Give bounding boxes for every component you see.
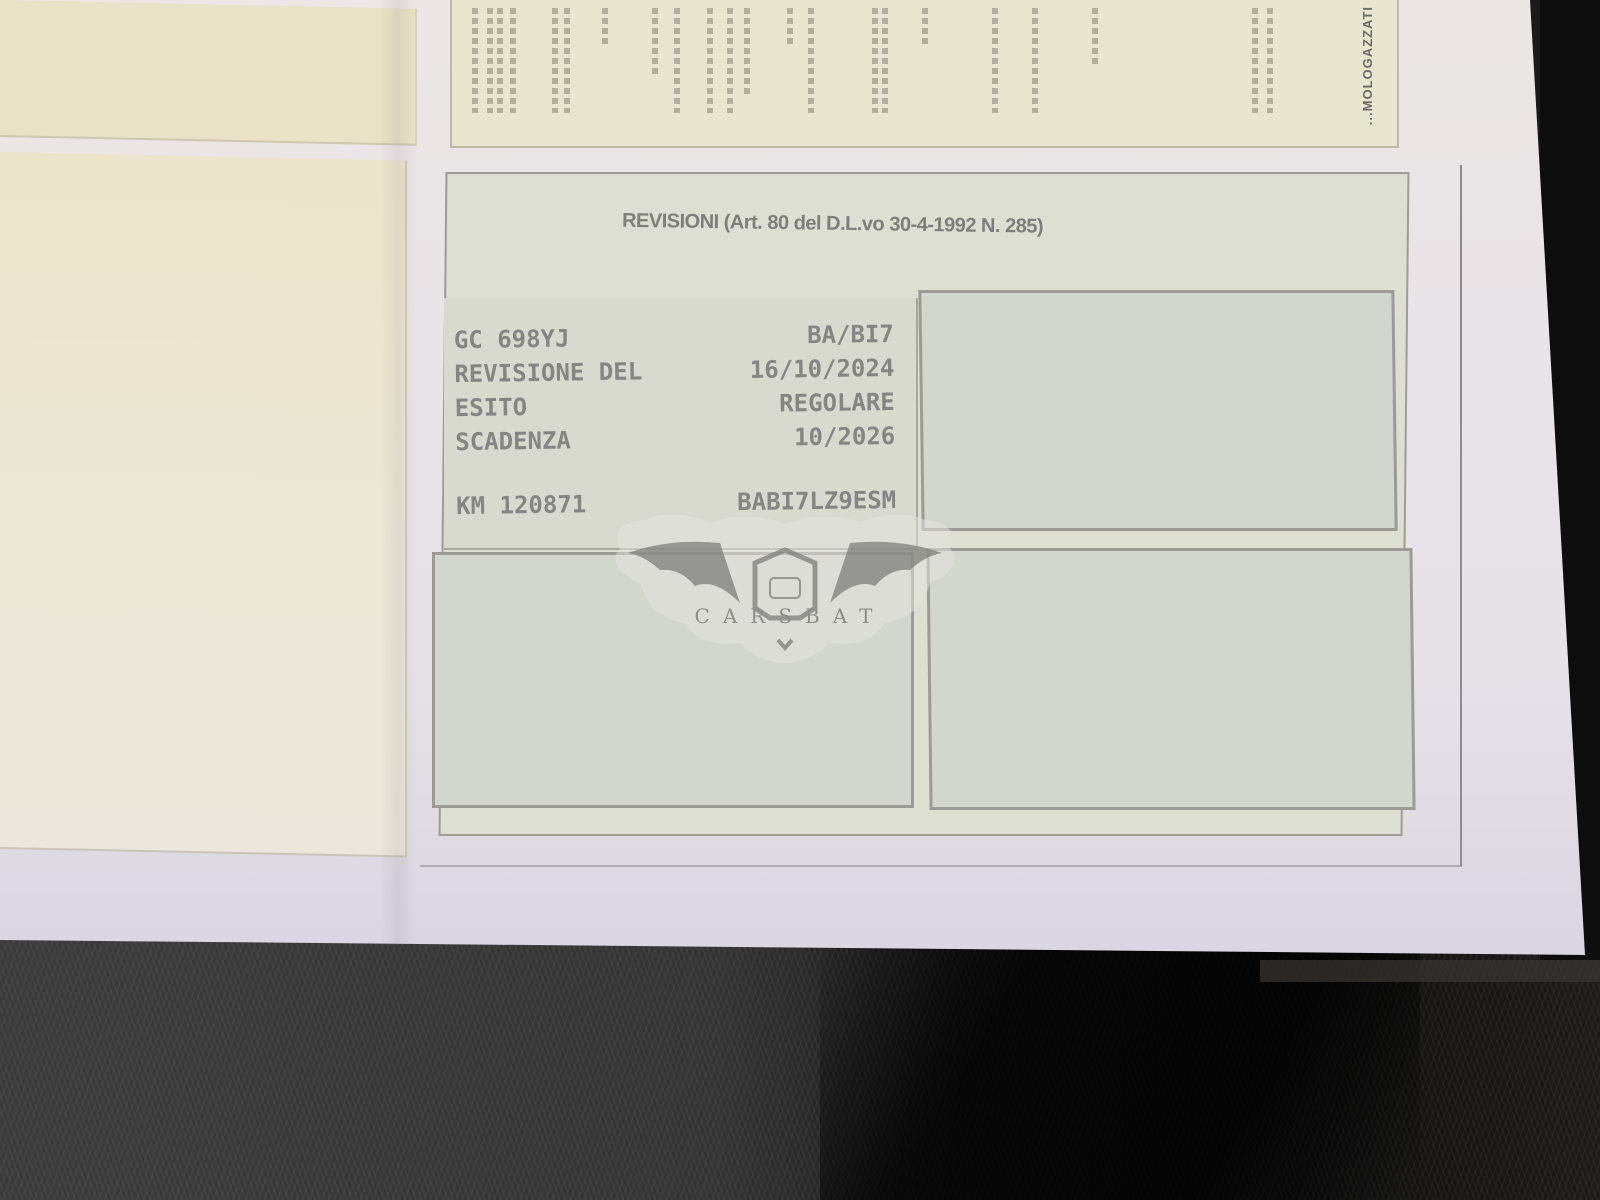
km-value: 120871 [499,490,586,519]
rotated-text-line [922,8,928,48]
top-section-rotated-text [450,0,1399,148]
carsbat-watermark-icon [600,508,970,668]
rotated-text-line [727,8,733,113]
plate-number: GC 698YJ [454,321,570,357]
revision-label: REVISIONE DEL [454,354,642,391]
rotated-text-line [1032,8,1038,113]
rotated-text-line [510,8,516,113]
rotated-text-line [564,8,570,113]
esito-value: REGOLARE [779,385,895,421]
km-reading: KM 120871 [456,487,587,523]
revision-stamp: GC 698YJ BA/BI7 REVISIONE DEL 16/10/2024… [454,317,897,523]
revision-box-empty-bottom-right [926,548,1415,810]
rotated-text-line [744,8,750,98]
office-code: BA/BI7 [807,317,894,352]
rotated-text-line [674,8,680,113]
revision-box-empty-top-right [918,290,1397,531]
top-section-heading: ...MOLOGAZZATI [1360,6,1375,125]
rotated-text-line [652,8,658,78]
rotated-text-line [1267,8,1273,113]
revision-date: 16/10/2024 [750,351,895,387]
stamp-row-scadenza: SCADENZA 10/2026 [455,419,895,459]
rotated-text-line [992,8,998,113]
rotated-text-line [882,8,888,113]
rotated-text-line [808,8,814,113]
fold-line [380,0,416,945]
rotated-text-line [552,8,558,113]
esito-label: ESITO [455,390,528,425]
rotated-text-line [472,8,478,113]
scadenza-value: 10/2026 [794,419,896,454]
km-label: KM [456,492,485,520]
rotated-text-line [707,8,713,113]
watermark-brand: CARSBAT [680,604,900,628]
rotated-text-line [1092,8,1098,68]
left-panel-blank [0,152,407,858]
rotated-text-line [1252,8,1258,113]
rotated-text-line [787,8,793,48]
ledge [1260,960,1600,982]
left-panel-top [0,0,417,146]
rotated-text-line [872,8,878,113]
scadenza-label: SCADENZA [455,423,571,459]
rotated-text-line [487,8,493,113]
rotated-text-line [497,8,503,113]
rotated-text-line [602,8,608,48]
